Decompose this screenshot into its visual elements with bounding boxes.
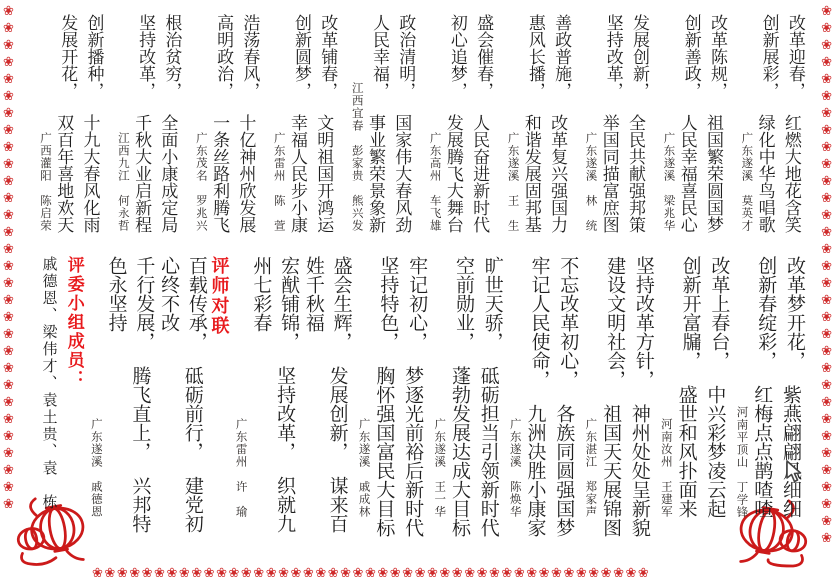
couplet-line: 高明政治，一条丝路利腾飞 [213, 14, 234, 238]
couplet-phrase: 善政普施， [552, 14, 571, 99]
couplet-phrase: 不忘改革初心， [557, 256, 578, 389]
couplet-phrase: 建设文明社会， [604, 256, 625, 389]
mouse-cursor-icon [784, 460, 806, 484]
flower-icon: ❀ [3, 276, 14, 289]
couplet-phrase: 坚持特色， [377, 256, 398, 351]
couplet-line: 盛会催春，人民奋进新时代 [473, 14, 494, 238]
flower-icon: ❀ [821, 378, 832, 391]
couplet-line: 改革梦开花，紫燕翩翩风细细 [782, 256, 806, 542]
couplet-phrase: 梦逐光前裕后新时代 [402, 351, 423, 537]
flower-icon: ❀ [3, 4, 14, 17]
couplet-author: 广东遂溪 王一华 [431, 256, 446, 542]
couplet-line: 旷世天骄，砥砺担当引领新时代 [480, 256, 504, 542]
flower-icon: ❀ [328, 566, 339, 579]
flower-icon: ❀ [638, 566, 649, 579]
couplet: 改革铺春，文明祖国开鸿运创新圆梦，幸福人民步小康广东雷州 陈 萱 [268, 14, 338, 238]
flower-icon: ❀ [576, 566, 587, 579]
border-flowers-right: ❀❀❀❀❀❀❀❀❀❀❀❀❀❀❀❀❀❀❀❀❀❀❀❀❀❀❀❀❀❀❀❀ [821, 4, 832, 544]
couplet-line: 初心追梦，发展腾飞大舞台 [447, 14, 468, 238]
couplet-author: 广东遂溪 戚成林 [356, 256, 371, 542]
flower-icon: ❀ [3, 463, 14, 476]
couplet-author: 广东茂名 罗兆兴 [193, 14, 208, 238]
flower-icon: ❀ [241, 566, 252, 579]
flower-icon: ❀ [3, 106, 14, 119]
couplet-phrase: 红梅点点鹊喳喳 [751, 370, 772, 518]
couplet-line: 空前勋业，蓬勃发展达成大目标 [451, 256, 475, 542]
couplet-line: 千行发展，腾飞直上，兴邦特色永坚持 [108, 256, 156, 542]
couplet-author: 广东湛江 郑家声 [582, 256, 597, 542]
flower-icon: ❀ [821, 412, 832, 425]
couplet-phrase: 人民奋进新时代 [470, 99, 489, 233]
couplet-phrase: 发展腾飞大舞台 [444, 99, 463, 233]
flower-icon: ❀ [821, 361, 832, 374]
flower-icon: ❀ [402, 566, 413, 579]
flower-icon: ❀ [365, 566, 376, 579]
couplet-line: 坚持特色，胸怀强国富民大目标 [376, 256, 400, 542]
couplet-phrase: 发展开花， [58, 14, 77, 99]
couplet-line: 牢记初心，梦逐光前裕后新时代 [404, 256, 428, 542]
flower-icon: ❀ [303, 566, 314, 579]
couplet-phrase: 祖国繁荣圆国梦 [704, 99, 723, 233]
flower-icon: ❀ [821, 157, 832, 170]
flower-icon: ❀ [3, 123, 14, 136]
couplet-phrase: 改革陈规， [708, 14, 727, 99]
flower-icon: ❀ [129, 566, 140, 579]
flower-icon: ❀ [821, 4, 832, 17]
couplet-phrase: 根治贫穷， [162, 14, 181, 99]
flower-icon: ❀ [3, 378, 14, 391]
flower-icon: ❀ [477, 566, 488, 579]
flower-icon: ❀ [821, 310, 832, 323]
flower-icon: ❀ [821, 480, 832, 493]
couplet-phrase: 空前勋业， [453, 256, 474, 351]
flower-icon: ❀ [821, 106, 832, 119]
couplet: 发展创新，全民共献强邦策坚持改革，举国同描富庶图广东遂溪 林 统 [580, 14, 650, 238]
couplet-author: 广东遂溪 戚德恩 [88, 256, 103, 542]
couplet: 创新播种，十九大春风化雨发展开花，双百年喜地欢天广西灌阳 陈启荣 [34, 14, 104, 238]
flower-icon: ❀ [821, 514, 832, 527]
couplet-line: 创新善政，人民幸福喜民心 [680, 14, 701, 238]
couplet-author: 广东高州 车飞雄 [427, 14, 442, 238]
flower-icon: ❀ [821, 446, 832, 459]
couplet-phrase: 文明祖国开鸿运 [314, 99, 333, 233]
flower-icon: ❀ [3, 38, 14, 51]
flower-icon: ❀ [204, 566, 215, 579]
couplet-phrase: 红燃大地花含笑 [782, 99, 801, 233]
couplet-phrase: 各族同圆强国梦 [553, 389, 574, 537]
couplet-phrase: 绿化中华鸟唱歌 [756, 99, 775, 233]
couplet-phrase: 盛会生辉， [331, 256, 352, 351]
flower-icon: ❀ [3, 310, 14, 323]
couplet-line: 宏猷铺锦，坚持改革，织就九州七彩春 [253, 256, 301, 542]
bottom-couplet-row: 改革梦开花，紫燕翩翩风细细创新春绽彩，红梅点点鹊喳喳河南平顶山 丁学锋改革上春台… [34, 256, 806, 542]
flower-icon: ❀ [353, 566, 364, 579]
flower-icon: ❀ [3, 208, 14, 221]
couplet-author: 广东遂溪 林 统 [583, 14, 598, 238]
flower-icon: ❀ [117, 566, 128, 579]
flower-icon: ❀ [821, 259, 832, 272]
flower-icon: ❀ [489, 566, 500, 579]
flower-icon: ❀ [821, 327, 832, 340]
couplet-phrase: 盛会催春， [474, 14, 493, 99]
flower-icon: ❀ [92, 566, 103, 579]
couplet-phrase: 紫燕翩翩风细细 [780, 370, 801, 518]
couplet-phrase: 一条丝路利腾飞 [210, 99, 229, 233]
couplet-line: 根治贫穷，全面小康成定局 [161, 14, 182, 238]
couplet-phrase: 幸福人民步小康 [288, 99, 307, 233]
couplet-phrase: 改革迎春， [786, 14, 805, 99]
flower-icon: ❀ [821, 497, 832, 510]
couplet-line: 创新播种，十九大春风化雨 [83, 14, 104, 238]
couplet-phrase: 创新圆梦， [292, 14, 311, 99]
couplet-author: 广东雷州 许 瑜 [233, 256, 248, 542]
couplet: 盛会生辉，发展创新，谋来百姓千秋福宏猷铺锦，坚持改革，织就九州七彩春广东雷州 许… [230, 256, 353, 542]
couplet-author: 江西宜春 彭家贵 熊兴发 [349, 14, 364, 238]
couplet-line: 创新展彩，绿化中华鸟唱歌 [758, 14, 779, 238]
flower-icon: ❀ [601, 566, 612, 579]
border-flowers-left: ❀❀❀❀❀❀❀❀❀❀❀❀❀❀❀❀❀❀❀❀❀❀❀❀❀❀❀❀❀❀ [3, 4, 14, 510]
flower-icon: ❀ [526, 566, 537, 579]
couplet-phrase: 中兴彩梦凌云起 [704, 370, 725, 518]
couplet-line: 坚持改革方针，神州处处呈新貌 [631, 256, 655, 542]
couplet-phrase: 全面小康成定局 [158, 99, 177, 233]
couplet-phrase: 浩荡春风， [240, 14, 259, 99]
flower-icon: ❀ [821, 72, 832, 85]
couplet: 改革梦开花，紫燕翩翩风细细创新春绽彩，红梅点点鹊喳喳河南平顶山 丁学锋 [731, 256, 806, 542]
couplet-phrase: 事业繁荣景象新 [366, 99, 385, 233]
flower-icon: ❀ [3, 157, 14, 170]
flower-icon: ❀ [3, 446, 14, 459]
couplet-phrase: 发展创新， [327, 351, 348, 461]
couplet-phrase: 高明政治， [214, 14, 233, 99]
couplet-line: 发展开花，双百年喜地欢天 [57, 14, 78, 238]
couplet-phrase: 创新善政， [682, 14, 701, 99]
couplet-phrase: 国家伟大春风劲 [392, 99, 411, 233]
couplet-phrase: 砥砺前行， [182, 351, 203, 461]
couplet-line: 浩荡春风，十亿神州欣发展 [239, 14, 260, 238]
flower-icon: ❀ [3, 21, 14, 34]
flower-icon: ❀ [821, 225, 832, 238]
couplet-line: 改革上春台，中兴彩梦凌云起 [707, 256, 731, 542]
flower-icon: ❀ [377, 566, 388, 579]
couplet-line: 改革铺春，文明祖国开鸿运 [317, 14, 338, 238]
couplet: 善政普施，改革复兴强国力惠风长播，和谐发展固邦基广东遂溪 王 生 [502, 14, 572, 238]
couplet-phrase: 初心追梦， [448, 14, 467, 99]
flower-icon: ❀ [3, 412, 14, 425]
flower-icon: ❀ [3, 242, 14, 255]
couplet-phrase: 千秋大业启新程 [132, 99, 151, 233]
flower-icon: ❀ [3, 395, 14, 408]
couplet-sheet: ❀❀❀❀❀❀❀❀❀❀❀❀❀❀❀❀❀❀❀❀❀❀❀❀❀❀❀❀❀❀ ❀❀❀❀❀❀❀❀❀… [0, 0, 836, 582]
couplet-line: 发展创新，全民共献强邦策 [629, 14, 650, 238]
flower-icon: ❀ [104, 566, 115, 579]
couplet-line: 创新开富牖，盛世和风扑面来 [678, 256, 702, 542]
couplet-phrase: 坚持改革， [604, 14, 623, 99]
flower-icon: ❀ [613, 566, 624, 579]
couplet-line: 善政普施，改革复兴强国力 [551, 14, 572, 238]
couplet-phrase: 改革复兴强国力 [548, 99, 567, 233]
couplet-line: 牢记人民使命，九洲决胜小康家 [527, 256, 551, 542]
couplet-line: 人民幸福，事业繁荣景象新 [369, 14, 390, 238]
flower-icon: ❀ [3, 55, 14, 68]
flower-icon: ❀ [154, 566, 165, 579]
flower-icon: ❀ [821, 293, 832, 306]
flower-icon: ❀ [821, 242, 832, 255]
flower-icon: ❀ [266, 566, 277, 579]
couplet-line: 改革陈规，祖国繁荣圆国梦 [707, 14, 728, 238]
flower-icon: ❀ [821, 38, 832, 51]
flower-icon: ❀ [390, 566, 401, 579]
couplet: 百载传承，砥砺前行，建党初心终不改千行发展，腾飞直上，兴邦特色永坚持广东遂溪 戚… [85, 256, 208, 542]
flower-icon: ❀ [821, 463, 832, 476]
couplet-line: 改革迎春，红燃大地花含笑 [785, 14, 806, 238]
committee-names: 戚德恩、梁伟才、袁土贵、袁 栋 [38, 256, 58, 542]
couplet-phrase: 全民共献强邦策 [626, 99, 645, 233]
flower-icon: ❀ [3, 174, 14, 187]
flower-icon: ❀ [464, 566, 475, 579]
couplet-phrase: 千行发展， [133, 256, 154, 351]
couplet-phrase: 旷世天骄， [482, 256, 503, 351]
couplet-phrase: 十九大春风化雨 [80, 99, 99, 233]
couplet-phrase: 九洲决胜小康家 [525, 389, 546, 537]
flower-icon: ❀ [3, 429, 14, 442]
border-flowers-bottom: ❀❀❀❀❀❀❀❀❀❀❀❀❀❀❀❀❀❀❀❀❀❀❀❀❀❀❀❀❀❀❀❀❀❀❀❀❀❀❀❀… [92, 566, 649, 579]
flower-icon: ❀ [539, 566, 550, 579]
couplet-author: 广西灌阳 陈启荣 [37, 14, 52, 238]
couplet: 不忘改革初心，各族同圆强国梦牢记人民使命，九洲决胜小康家广东遂溪 陈焕华 [504, 256, 579, 542]
flower-icon: ❀ [415, 566, 426, 579]
couplet-author: 河南平顶山 丁学锋 [734, 256, 749, 542]
flower-icon: ❀ [563, 566, 574, 579]
couplet-phrase: 创新展彩， [760, 14, 779, 99]
couplet-phrase: 坚持改革， [136, 14, 155, 99]
couplet-phrase: 牢记人民使命， [529, 256, 550, 389]
flower-icon: ❀ [166, 566, 177, 579]
couplet-line: 惠风长播，和谐发展固邦基 [525, 14, 546, 238]
committee-label: 评委小组成员： [64, 256, 85, 542]
couplet: 改革迎春，红燃大地花含笑创新展彩，绿化中华鸟唱歌广东遂溪 莫英才 [735, 14, 805, 238]
flower-icon: ❀ [514, 566, 525, 579]
couplet-phrase: 胸怀强国富民大目标 [373, 351, 394, 537]
couplet-author: 广东遂溪 梁兆华 [661, 14, 676, 238]
couplet-line: 不忘改革初心，各族同圆强国梦 [556, 256, 580, 542]
couplet-phrase: 政治清明， [396, 14, 415, 99]
flower-icon: ❀ [3, 480, 14, 493]
flower-icon: ❀ [291, 566, 302, 579]
flower-icon: ❀ [821, 55, 832, 68]
flower-icon: ❀ [228, 566, 239, 579]
flower-icon: ❀ [3, 225, 14, 238]
couplet-line: 建设文明社会，祖国天天展锦图 [602, 256, 626, 542]
flower-icon: ❀ [179, 566, 190, 579]
couplet-phrase: 举国同描富庶图 [600, 99, 619, 233]
couplet-phrase: 人民幸福， [370, 14, 389, 99]
flower-icon: ❀ [3, 361, 14, 374]
couplet-line: 创新圆梦，幸福人民步小康 [291, 14, 312, 238]
flower-icon: ❀ [625, 566, 636, 579]
flower-icon: ❀ [191, 566, 202, 579]
couplet-phrase: 宏猷铺锦， [278, 256, 299, 351]
couplet: 改革陈规，祖国繁荣圆国梦创新善政，人民幸福喜民心广东遂溪 梁兆华 [658, 14, 728, 238]
flower-icon: ❀ [821, 123, 832, 136]
flower-icon: ❀ [821, 208, 832, 221]
flower-icon: ❀ [340, 566, 351, 579]
couplet-author: 河南汝州 王建军 [658, 256, 673, 542]
flower-icon: ❀ [253, 566, 264, 579]
top-couplet-row: 改革迎春，红燃大地花含笑创新展彩，绿化中华鸟唱歌广东遂溪 莫英才改革陈规，祖国繁… [34, 14, 806, 238]
flower-icon: ❀ [3, 191, 14, 204]
flower-icon: ❀ [3, 344, 14, 357]
couplet: 浩荡春风，十亿神州欣发展高明政治，一条丝路利腾飞广东茂名 罗兆兴 [190, 14, 260, 238]
couplet-phrase: 坚持改革， [274, 351, 295, 461]
couplet-phrase: 腾飞直上， [129, 351, 150, 461]
couplet: 牢记初心，梦逐光前裕后新时代坚持特色，胸怀强国富民大目标广东遂溪 戚成林 [353, 256, 428, 542]
flower-icon: ❀ [821, 344, 832, 357]
flower-icon: ❀ [821, 174, 832, 187]
flower-icon: ❀ [142, 566, 153, 579]
flower-icon: ❀ [501, 566, 512, 579]
couplet-phrase: 发展创新， [630, 14, 649, 99]
couplet-author: 广东雷州 陈 萱 [271, 14, 286, 238]
couplet-phrase: 创新播种， [84, 14, 103, 99]
couplet-phrase: 创新春绽彩， [755, 256, 776, 370]
couplet-phrase: 改革铺春， [318, 14, 337, 99]
flower-icon: ❀ [821, 429, 832, 442]
couplet: 根治贫穷，全面小康成定局坚持改革，千秋大业启新程江西九江 何永哲 [112, 14, 182, 238]
couplet-phrase: 惠风长播， [526, 14, 545, 99]
couplet-phrase: 和谐发展固邦基 [522, 99, 541, 233]
flower-icon: ❀ [821, 191, 832, 204]
couplet-phrase: 创新开富牖， [680, 256, 701, 370]
flower-icon: ❀ [821, 21, 832, 34]
flower-icon: ❀ [439, 566, 450, 579]
couplet-line: 坚持改革，千秋大业启新程 [135, 14, 156, 238]
couplet-phrase: 牢记初心， [406, 256, 427, 351]
flower-icon: ❀ [315, 566, 326, 579]
couplet-line: 百载传承，砥砺前行，建党初心终不改 [160, 256, 208, 542]
flower-icon: ❀ [551, 566, 562, 579]
couplet-phrase: 十亿神州欣发展 [236, 99, 255, 233]
couplet-author: 广东遂溪 王 生 [505, 14, 520, 238]
couplet: 政治清明，国家伟大春风劲人民幸福，事业繁荣景象新江西宜春 彭家贵 熊兴发 [346, 14, 416, 238]
couplet: 盛会催春，人民奋进新时代初心追梦，发展腾飞大舞台广东高州 车飞雄 [424, 14, 494, 238]
couplet-line: 政治清明，国家伟大春风劲 [395, 14, 416, 238]
couplet-author: 广东遂溪 莫英才 [738, 14, 753, 238]
flower-icon: ❀ [821, 395, 832, 408]
flower-icon: ❀ [3, 72, 14, 85]
flower-icon: ❀ [427, 566, 438, 579]
couplet-phrase: 神州处处呈新貌 [629, 389, 650, 537]
couplet: 坚持改革方针，神州处处呈新貌建设文明社会，祖国天天展锦图广东湛江 郑家声 [579, 256, 654, 542]
couplet-phrase: 蓬勃发展达成大目标 [449, 351, 470, 537]
couplet-phrase: 盛世和风扑面来 [676, 370, 697, 518]
judges-couplets-label: 评师对联 [208, 256, 230, 542]
flower-icon: ❀ [3, 89, 14, 102]
flower-icon: ❀ [821, 140, 832, 153]
couplet-line: 盛会生辉，发展创新，谋来百姓千秋福 [305, 256, 353, 542]
flower-icon: ❀ [452, 566, 463, 579]
couplet-phrase: 坚持改革方针， [633, 256, 654, 389]
flower-icon: ❀ [821, 531, 832, 544]
couplet-phrase: 人民幸福喜民心 [678, 99, 697, 233]
flower-icon: ❀ [216, 566, 227, 579]
couplet-phrase: 砥砺担当引领新时代 [478, 351, 499, 537]
committee-section: 评委小组成员：戚德恩、梁伟才、袁土贵、袁 栋 [34, 256, 85, 542]
couplet-phrase: 改革上春台， [708, 256, 729, 370]
couplet-phrase: 祖国天天展锦图 [600, 389, 621, 537]
flower-icon: ❀ [821, 89, 832, 102]
couplet-author: 江西九江 何永哲 [115, 14, 130, 238]
flower-icon: ❀ [3, 259, 14, 272]
couplet-phrase: 改革梦开花， [784, 256, 805, 370]
couplet-phrase: 双百年喜地欢天 [54, 99, 73, 233]
flower-icon: ❀ [588, 566, 599, 579]
flower-icon: ❀ [821, 276, 832, 289]
couplet-phrase: 百载传承， [186, 256, 207, 351]
flower-icon: ❀ [3, 327, 14, 340]
couplet: 改革上春台，中兴彩梦凌云起创新开富牖，盛世和风扑面来河南汝州 王建军 [655, 256, 730, 542]
couplet-author: 广东遂溪 陈焕华 [507, 256, 522, 542]
couplet: 旷世天骄，砥砺担当引领新时代空前勋业，蓬勃发展达成大目标广东遂溪 王一华 [428, 256, 503, 542]
flower-icon: ❀ [278, 566, 289, 579]
flower-icon: ❀ [3, 293, 14, 306]
couplet-line: 坚持改革，举国同描富庶图 [603, 14, 624, 238]
flower-icon: ❀ [3, 140, 14, 153]
couplet-line: 创新春绽彩，红梅点点鹊喳喳 [753, 256, 777, 542]
